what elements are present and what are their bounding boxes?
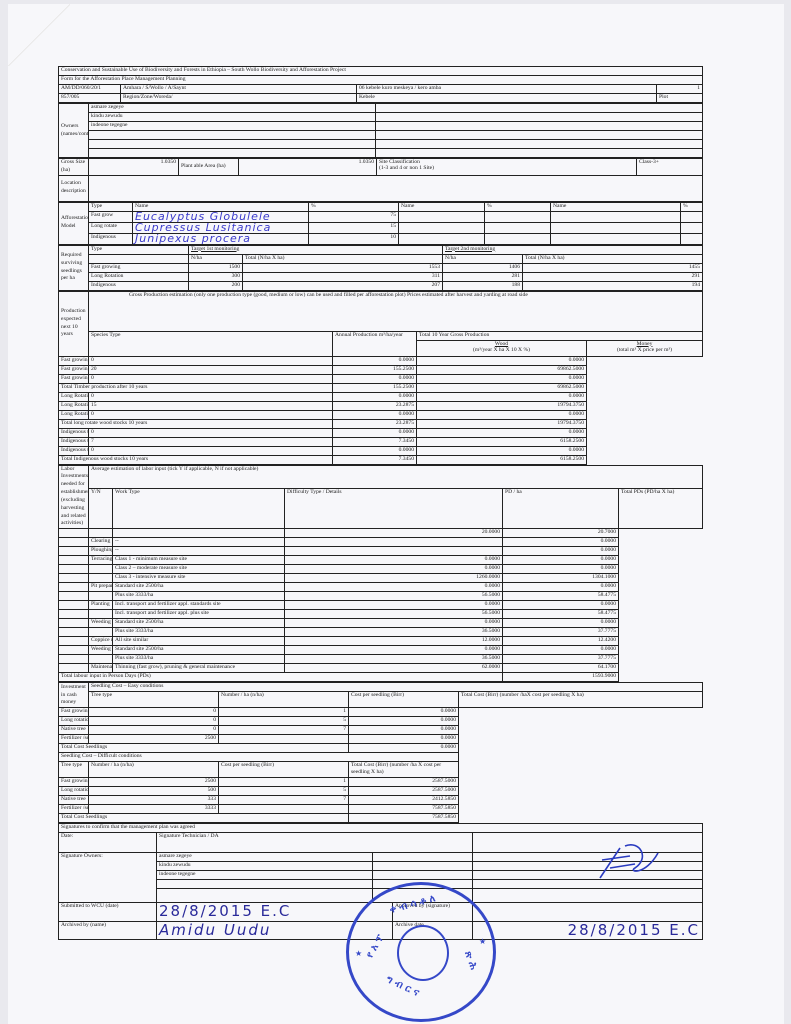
signature-owner: kindu zewudu xyxy=(157,862,373,871)
project-title: Conservation and Sustainable Use of Biod… xyxy=(59,67,703,76)
yn-checkbox[interactable] xyxy=(59,574,89,583)
production-table: Production expected next 10 years Gross … xyxy=(58,291,703,465)
labor-row: Class 3 - intensive measure site 1260.00… xyxy=(59,574,703,583)
seedling-row: Fast growing 0 1 0.0000 xyxy=(59,708,703,717)
labor-row: Clearing -- 0.0000 xyxy=(59,538,703,547)
kebele-label: Kebele xyxy=(357,94,657,103)
difficult-title: Seedling Cost – Difficult conditions xyxy=(59,753,459,762)
owners-label: Owners (names/contacts) xyxy=(59,104,89,158)
location-value xyxy=(89,175,703,201)
seedling-row: Native tree 333 7 2412.5850 xyxy=(59,796,703,805)
easy-rows: Fast growing 0 1 0.0000Long rotation 0 5… xyxy=(59,708,703,744)
species-name-handwritten: Cupressus Lusitanica xyxy=(133,222,309,233)
yn-checkbox[interactable] xyxy=(59,628,89,637)
site-classification-label: Site Classification(1-3 and 4 or non 1 S… xyxy=(377,159,637,176)
production-row: Long Rotation (medium) 15 23.2875 19794.… xyxy=(59,401,703,410)
site-class-value: Class-3+ xyxy=(637,159,703,176)
production-row: Fast growing (medium) 20 155.2500 69862.… xyxy=(59,365,703,374)
labor-row: Plus site 3333/ha 36.5000 37.7775 xyxy=(59,628,703,637)
difficult-total-label: Total Cost Seedlings xyxy=(59,814,349,823)
production-row: Indigenous trees (medium) 7 7.3450 6158.… xyxy=(59,437,703,446)
model-row: Long rotate Cupressus Lusitanica 15 xyxy=(59,222,703,233)
model-label: Afforestation Model xyxy=(59,202,89,244)
difficult-total-value: 7587.5850 xyxy=(349,814,459,823)
labor-rows: 20.0000 20.7000 Clearing -- 0.0000 Ploug… xyxy=(59,529,703,673)
owner-name: asmare zegeye xyxy=(89,104,376,113)
signature-owner: indeone tegegne xyxy=(157,871,373,880)
approver-signature xyxy=(590,838,660,888)
surviving-label: Required surviving seedlings per ha xyxy=(59,245,89,290)
owners-table: Owners (names/contacts) asmare zegeye ki… xyxy=(58,103,703,158)
production-rows: Fast growing (good) 0 0.0000 0.0000Fast … xyxy=(59,356,703,464)
signature-owner: asmare zegeye xyxy=(157,853,373,862)
labor-note: Average estimation of labor input (tick … xyxy=(89,465,703,488)
stamp-emblem xyxy=(397,925,449,981)
yn-checkbox[interactable] xyxy=(59,664,89,673)
labor-row: Weeding year 2-5 Standard site 2500/ha 0… xyxy=(59,646,703,655)
model-row: Fast grow Eucalyptus Globulele 75 xyxy=(59,211,703,222)
labor-row: Incl. transport and fertilizer appl. plu… xyxy=(59,610,703,619)
date-label: Date: xyxy=(59,833,157,853)
surviving-row: Indigenous200207188194 xyxy=(59,281,703,290)
seedling-row: Fertilizer /seedling 3333 7587.5850 xyxy=(59,805,703,814)
yn-checkbox[interactable] xyxy=(59,619,89,628)
plot-number: 1 xyxy=(657,85,703,94)
yn-checkbox[interactable] xyxy=(59,601,89,610)
easy-total-label: Total Cost Seedlings xyxy=(59,744,349,753)
yn-checkbox[interactable] xyxy=(59,646,89,655)
second-monitoring-header: Target 2nd monitoring xyxy=(443,245,703,254)
annual-production-header: Annual Production m³/ha/year xyxy=(333,331,417,356)
archived-label: Archived by (name) xyxy=(59,921,157,939)
labor-row: Coppice management All site similar 12.0… xyxy=(59,637,703,646)
folded-corner xyxy=(8,4,70,66)
seedling-row: Long rotation 500 5 2587.5000 xyxy=(59,787,703,796)
gross-size-value: 1.0350 xyxy=(89,159,179,176)
yn-checkbox[interactable] xyxy=(59,565,89,574)
model-header-pct2: % xyxy=(485,202,551,211)
signature-owners-label: Signature Owners: xyxy=(59,853,157,903)
plantable-area-label: Plant able Area (ha) xyxy=(179,159,239,176)
surviving-table: Required surviving seedlings per ha Type… xyxy=(58,245,703,291)
seedling-row: Long rotation 0 5 0.0000 xyxy=(59,717,703,726)
production-total-row: Total Timber production after 10 years 1… xyxy=(59,383,703,392)
model-header-pct3: % xyxy=(681,202,703,211)
submitted-label: Submitted to WCU (date) xyxy=(59,903,157,921)
header-table: Conservation and Sustainable Use of Biod… xyxy=(58,66,703,103)
production-total-row: Total Indigenous wood stocks 10 years 7.… xyxy=(59,455,703,464)
labor-row: Plus site 3333/ha 56.5000 58.4775 xyxy=(59,592,703,601)
production-row: Fast growing (low) 0 0.0000 0.0000 xyxy=(59,374,703,383)
yn-checkbox[interactable] xyxy=(59,610,89,619)
labor-row: Maintenance Thinning (fast grow), prunin… xyxy=(59,664,703,673)
afforestation-form: Conservation and Sustainable Use of Biod… xyxy=(58,66,702,940)
yn-checkbox[interactable] xyxy=(59,556,89,565)
yn-checkbox[interactable] xyxy=(59,592,89,601)
surviving-row: Fast growing1500155314061455 xyxy=(59,263,703,272)
total-production-header: Total 10 Year Gross Production xyxy=(417,331,703,340)
species-name-handwritten: Junipexus procera xyxy=(133,233,309,244)
difficult-rows: Fast growing 2500 1 2587.5000Long rotati… xyxy=(59,778,703,814)
labor-total-value: 1593.9000 xyxy=(503,673,619,682)
production-row: Indigenous trees (low) 0 0.0000 0.0000 xyxy=(59,446,703,455)
technician-label: Signature Technician / DA xyxy=(157,833,473,853)
species-type-header: Species Type xyxy=(89,331,333,356)
easy-total-value: 0.0000 xyxy=(349,744,459,753)
production-row: Long Rotation (low) 0 0.0000 0.0000 xyxy=(59,410,703,419)
species-name-handwritten: Eucalyptus Globulele xyxy=(133,211,309,222)
archive-date-handwritten: 28/8/2015 E.C xyxy=(473,921,703,939)
production-row: Fast growing (good) 0 0.0000 0.0000 xyxy=(59,356,703,365)
production-note: Gross Production estimation (only one pr… xyxy=(89,291,703,331)
production-row: Long Rotation (good) 0 0.0000 0.0000 xyxy=(59,392,703,401)
production-label: Production expected next 10 years xyxy=(59,291,89,356)
model-table: Afforestation Model Type Name % Name % N… xyxy=(58,202,703,245)
gross-size-label: Gross Size (ha) xyxy=(59,159,89,176)
form-title: Form for the Afforestation Place Managem… xyxy=(59,76,703,85)
kebele-value: 06 kebele kuro meskeya / kero amba xyxy=(357,85,657,94)
first-monitoring-header: Target 1st monitoring xyxy=(189,245,443,254)
region-value: Amhara / S/Wollo / A/Saynt xyxy=(121,85,357,94)
location-label: Location description xyxy=(59,175,89,201)
model-header-name: Name xyxy=(133,202,309,211)
model-header-pct: % xyxy=(309,202,399,211)
labor-row: Ploughing -- 0.0000 xyxy=(59,547,703,556)
labor-row: 20.0000 20.7000 xyxy=(59,529,703,538)
model-header-type: Type xyxy=(89,202,133,211)
yn-checkbox[interactable] xyxy=(59,538,89,547)
code-line1: AM/DD/060/20/1 xyxy=(59,85,121,94)
model-row: Indigenous Junipexus procera 10 xyxy=(59,233,703,244)
production-row: Indigenous trees (good) 0 0.0000 0.0000 xyxy=(59,428,703,437)
labor-row: Planting Incl. transport and fertilizer … xyxy=(59,601,703,610)
seedling-row: Native tree 0 7 0.0000 xyxy=(59,726,703,735)
labor-total-label: Total labour input in Person Days (PDs) xyxy=(59,673,503,682)
yn-checkbox[interactable] xyxy=(59,655,89,664)
official-stamp: ቀ ብ ሳ ቶ ለ የ አ ፕ ግ ብ ር ና ጽ ሕ ★ ★ xyxy=(346,882,496,1022)
yn-checkbox[interactable] xyxy=(59,637,89,646)
plot-label: Plot xyxy=(657,94,703,103)
labor-label: Labor Investments needed for establishme… xyxy=(59,465,89,529)
labor-row: Terracing, Water harvesting Class 1 - mi… xyxy=(59,556,703,565)
production-total-row: Total long rotate wood stocks 10 years 2… xyxy=(59,419,703,428)
signatures-title: Signatures to confirm that the managemen… xyxy=(59,824,703,833)
model-header-name3: Name xyxy=(551,202,681,211)
labor-row: Plus site 3333/ha 36.5000 37.7775 xyxy=(59,655,703,664)
site-table: Gross Size (ha) 1.0350 Plant able Area (… xyxy=(58,158,703,202)
seedling-cost-table: Investment in cash money Seedling Cost –… xyxy=(58,682,703,823)
owner-name: indeone tegegne xyxy=(89,122,376,131)
seedling-row: Fast growing 2500 1 2587.5000 xyxy=(59,778,703,787)
plantable-area-value: 1.0350 xyxy=(239,159,377,176)
easy-title: Seedling Cost – Easy conditions xyxy=(89,683,703,692)
yn-checkbox[interactable] xyxy=(59,529,89,538)
surviving-row: Long Rotation300311281291 xyxy=(59,272,703,281)
yn-checkbox[interactable] xyxy=(59,583,89,592)
seedling-row: Fertilizer /seedling 2500 0.0000 xyxy=(59,735,703,744)
region-label: Region/Zone/Woreda/ xyxy=(121,94,357,103)
labor-table: Labor Investments needed for establishme… xyxy=(58,465,703,683)
owner-name: kindu zewudu xyxy=(89,113,376,122)
yn-checkbox[interactable] xyxy=(59,547,89,556)
code-line2: 857/005 xyxy=(59,94,121,103)
model-header-name2: Name xyxy=(399,202,485,211)
labor-row: Weeding year 1 Standard site 2500/ha 0.0… xyxy=(59,619,703,628)
labor-row: Class 2 – moderate measure site 0.0000 0… xyxy=(59,565,703,574)
investment-cash-label: Investment in cash money xyxy=(59,683,89,708)
labor-row: Pit preparation Standard site 2500/ha 0.… xyxy=(59,583,703,592)
